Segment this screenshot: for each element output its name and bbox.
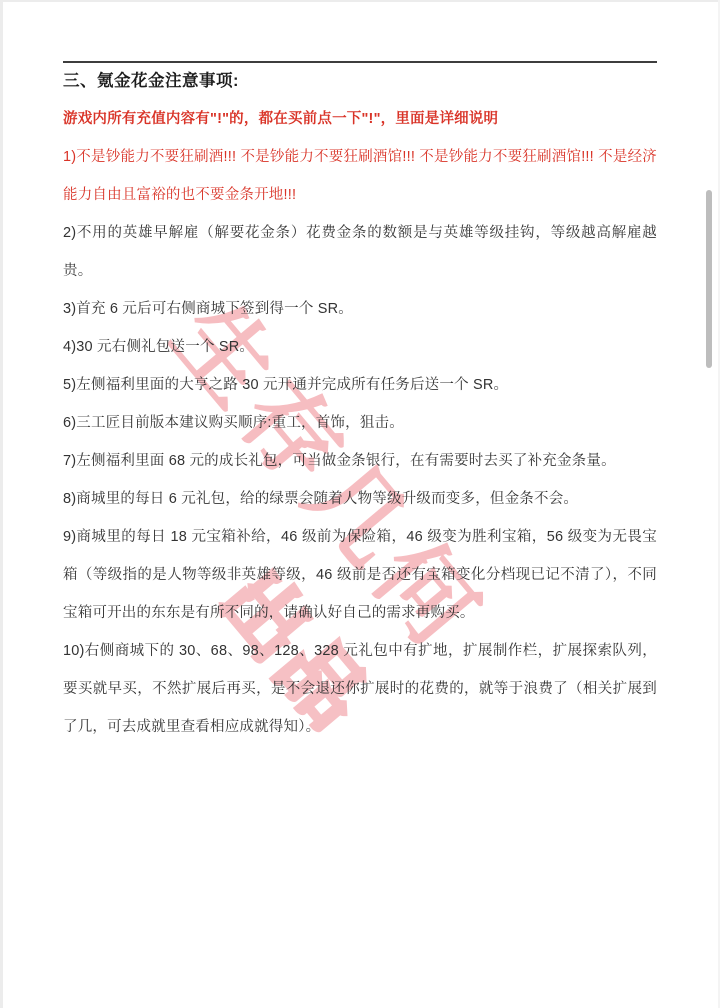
list-item-9: 9)商城里的每日 18 元宝箱补给，46 级前为保险箱，46 级变为胜利宝箱，5… bbox=[63, 518, 657, 632]
warning-item-1: 1)不是钞能力不要狂刷酒!!! 不是钞能力不要狂刷酒馆!!! 不是钞能力不要狂刷… bbox=[63, 138, 657, 214]
list-item-3: 3)首充 6 元后可右侧商城下签到得一个 SR。 bbox=[63, 290, 657, 328]
page-edge-top bbox=[0, 0, 720, 2]
list-item-5: 5)左侧福利里面的大亨之路 30 元开通并完成所有任务后送一个 SR。 bbox=[63, 366, 657, 404]
list-item-4: 4)30 元右侧礼包送一个 SR。 bbox=[63, 328, 657, 366]
list-item-6: 6)三工匠目前版本建议购买顺序:重工，首饰，狙击。 bbox=[63, 404, 657, 442]
scrollbar-thumb[interactable] bbox=[706, 190, 712, 368]
document-body: 三、氪金花金注意事项: 游戏内所有充值内容有"!"的，都在买前点一下"!"，里面… bbox=[63, 62, 657, 746]
list-item-10: 10)右侧商城下的 30、68、98、128、328 元礼包中有扩地，扩展制作栏… bbox=[63, 632, 657, 746]
list-item-7: 7)左侧福利里面 68 元的成长礼包，可当做金条银行，在有需要时去买了补充金条量… bbox=[63, 442, 657, 480]
notice-line: 游戏内所有充值内容有"!"的，都在买前点一下"!"，里面是详细说明 bbox=[63, 100, 657, 138]
list-item-2: 2)不用的英雄早解雇（解要花金条）花费金条的数额是与英雄等级挂钩，等级越高解雇越… bbox=[63, 214, 657, 290]
page-edge-left bbox=[0, 0, 3, 1008]
section-title: 三、氪金花金注意事项: bbox=[63, 62, 657, 100]
list-item-8: 8)商城里的每日 6 元礼包，给的绿票会随着人物等级升级而变多，但金条不会。 bbox=[63, 480, 657, 518]
